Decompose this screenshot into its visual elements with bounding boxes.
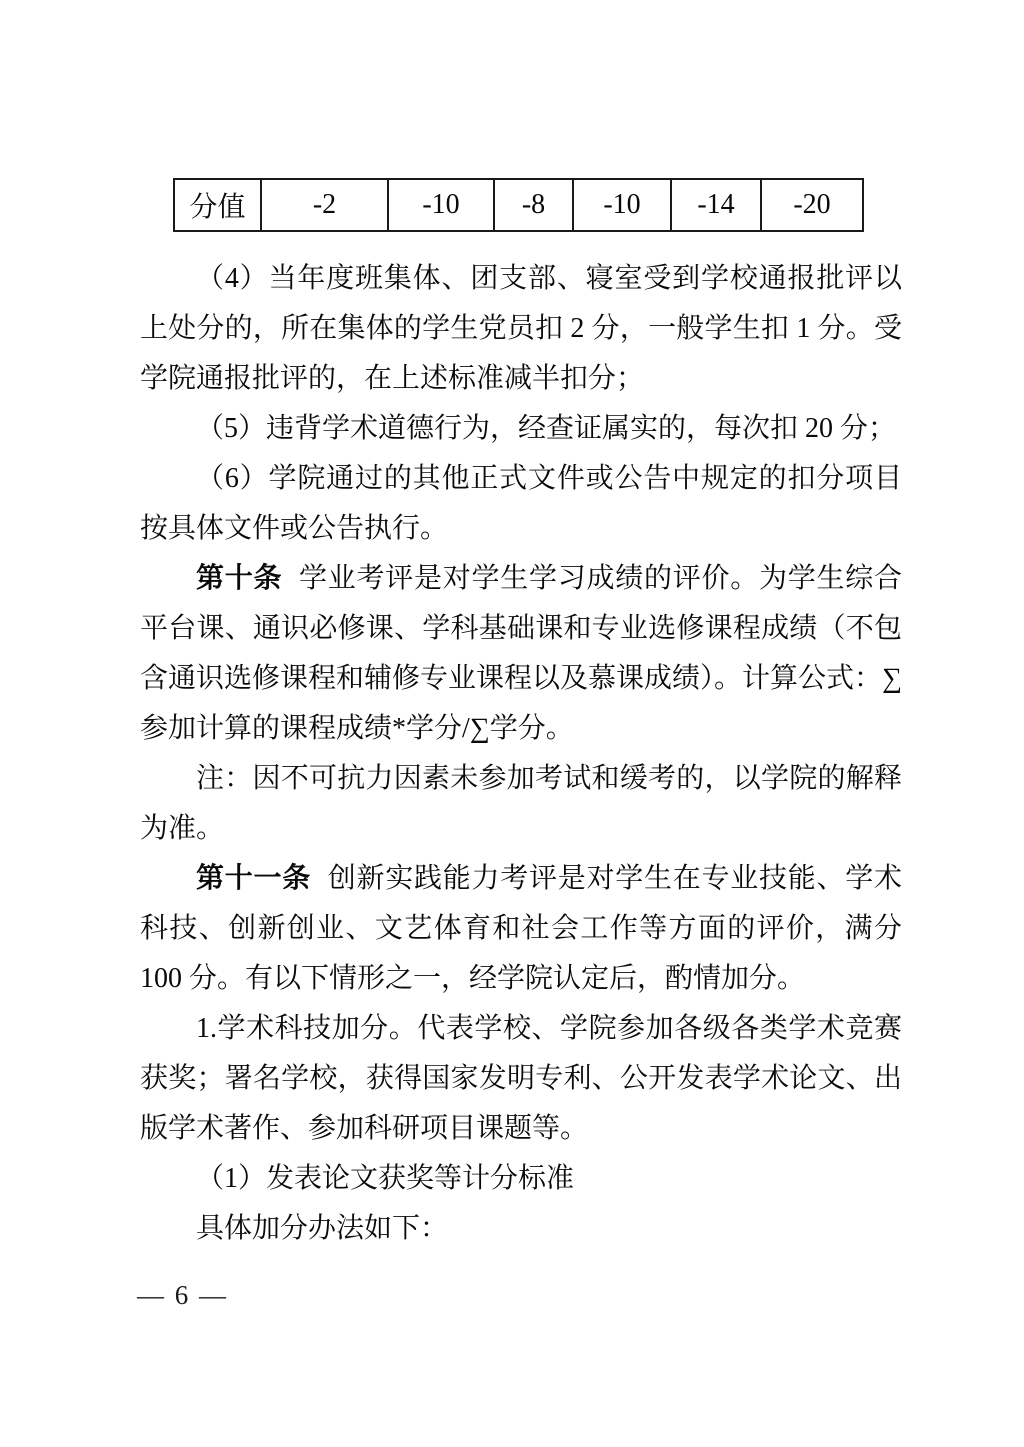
table-cell-value: -10 xyxy=(573,179,671,231)
paragraph-note: 注：因不可抗力因素未参加考试和缓考的，以学院的解释为准。 xyxy=(140,754,902,854)
paragraph-item-6: （6）学院通过的其他正式文件或公告中规定的扣分项目按具体文件或公告执行。 xyxy=(140,454,902,554)
table-cell-value: -20 xyxy=(761,179,863,231)
page-number: — 6 — xyxy=(137,1280,228,1311)
document-body: （4）当年度班集体、团支部、寝室受到学校通报批评以上处分的，所在集体的学生党员扣… xyxy=(140,254,902,1254)
document-page: 分值 -2 -10 -8 -10 -14 -20 （4）当年度班集体、团支部、寝… xyxy=(0,0,1024,1447)
table-cell-value: -10 xyxy=(388,179,494,231)
table-cell-value: -2 xyxy=(261,179,388,231)
paragraph-item-5: （5）违背学术道德行为，经查证属实的，每次扣 20 分； xyxy=(140,404,902,454)
table-cell-label: 分值 xyxy=(174,179,261,231)
paragraph-sub-heading: （1）发表论文获奖等计分标准 xyxy=(140,1154,902,1204)
paragraph-item-4: （4）当年度班集体、团支部、寝室受到学校通报批评以上处分的，所在集体的学生党员扣… xyxy=(140,254,902,404)
paragraph-item-1: 1.学术科技加分。代表学校、学院参加各级各类学术竞赛获奖；署名学校，获得国家发明… xyxy=(140,1004,902,1154)
article-11-heading: 第十一条 xyxy=(196,863,311,894)
paragraph-article-11: 第十一条创新实践能力考评是对学生在专业技能、学术科技、创新创业、文艺体育和社会工… xyxy=(140,854,902,1004)
score-table: 分值 -2 -10 -8 -10 -14 -20 xyxy=(173,178,864,232)
paragraph-article-10: 第十条学业考评是对学生学习成绩的评价。为学生综合平台课、通识必修课、学科基础课和… xyxy=(140,554,902,754)
table-cell-value: -14 xyxy=(671,179,761,231)
article-10-heading: 第十条 xyxy=(196,563,282,594)
paragraph-sub-intro: 具体加分办法如下： xyxy=(140,1204,902,1254)
table-row: 分值 -2 -10 -8 -10 -14 -20 xyxy=(174,179,863,231)
table-cell-value: -8 xyxy=(494,179,573,231)
